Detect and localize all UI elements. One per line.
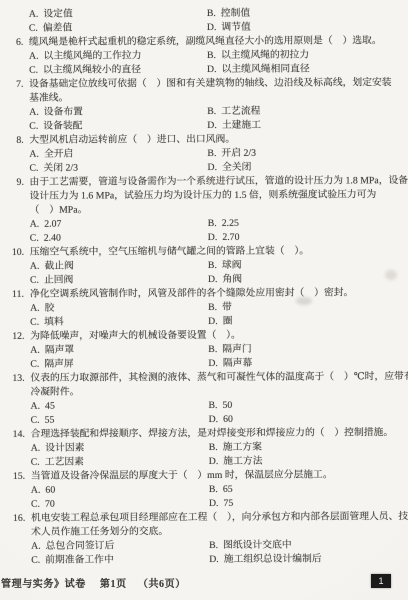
option-label: B. (209, 484, 218, 495)
option-text: 全开启 (44, 149, 73, 160)
option: C.55 (31, 413, 209, 428)
option: C.填料 (30, 315, 208, 330)
option-text: 45 (45, 401, 55, 412)
option: A.2.07 (30, 217, 208, 232)
option: D.土建施工 (207, 118, 407, 133)
question-list: A.设定值B.控制值C.偏差值D.调节值6.缆风绳是桅杆式起重机的稳定系统，副缆… (0, 6, 408, 568)
options-grid: A.截止阀B.球阀C.止回阀D.角阀 (0, 258, 408, 288)
option: D.以主缆风绳相同直径 (207, 62, 407, 77)
option-label: B. (207, 106, 216, 117)
option-label: D. (207, 120, 217, 131)
option-text: 施工方法 (223, 456, 262, 467)
option-label: B. (209, 540, 218, 551)
option-text: 圈 (223, 316, 233, 327)
option: C.2.40 (30, 231, 208, 246)
option-label: A. (30, 345, 40, 356)
question-item: 16.机电安装工程总承包项目经理部应在工程（ ），向分承包方和内部各层面管理人员… (1, 510, 408, 568)
option-label: D. (207, 22, 217, 33)
option: B.以主缆风绳的初拉力 (207, 48, 407, 63)
option: B.带 (208, 300, 408, 315)
option: C.70 (31, 497, 209, 512)
question-stem-line: 设计压力为 1.6 MPa，试验压力均为设计压力的 1.5 倍，则系统强度试验压… (0, 188, 408, 204)
footer-page-number: 第1页 (100, 579, 127, 590)
option-label: D. (209, 498, 219, 509)
option-text: 全关闭 (222, 162, 251, 173)
question-stem-line: 14.合理选择装配和焊接顺序、焊接方法，是对焊接变形和焊接应力的（ ）控制措施。 (1, 426, 408, 442)
option-label: C. (30, 317, 39, 328)
question-stem: 设备基础定位放线可依据（ ）图和有关建筑物的轴线、边沿线及标高线，划定安装 (29, 77, 392, 90)
question-stem-line: 8.大型风机启动运转前应（ ）进口、出口风阀。 (0, 132, 407, 148)
option: C.设备装配 (29, 119, 207, 134)
question-stem-line: 9.由于工艺需要，管道与设备需作为一个系统进行试压，管道的设计压力为 1.8 M… (0, 174, 408, 190)
question-stem: 当管道及设备冷保温层的厚度大于（ ）mm 时，保温层应分层施工。 (31, 469, 333, 481)
option-text: 以主缆风绳的工作拉力 (43, 50, 141, 61)
option: A.60 (31, 483, 209, 498)
option-label: C. (29, 121, 38, 132)
option: A.设计因素 (31, 441, 209, 456)
question-item: 14.合理选择装配和焊接顺序、焊接方法，是对焊接变形和焊接应力的（ ）控制措施。… (1, 426, 408, 470)
option-text: 2.07 (44, 219, 61, 230)
option-text: 设备装配 (43, 121, 82, 132)
question-item: 15.当管道及设备冷保温层的厚度大于（ ）mm 时，保温层应分层施工。A.60B… (1, 468, 408, 512)
option-text: 设计因素 (45, 443, 84, 454)
question-stem: 仪表的压力取源部件，其检测的液体、蒸气和可凝性气体的温度高于（ ）℃时，应带有 (30, 371, 408, 384)
question-stem: 缆风绳是桅杆式起重机的稳定系统，副缆风绳直径大小的选用原则是（ ）选取。 (29, 35, 382, 48)
option-label: A. (29, 9, 39, 20)
option-label: A. (31, 541, 41, 552)
question-number: 16. (13, 512, 25, 526)
question-number: 13. (12, 372, 24, 386)
question-number: 8. (16, 134, 23, 148)
question-stem: 由于工艺需要，管道与设备需作为一个系统进行试压，管道的设计压力为 1.8 MPa… (30, 175, 408, 188)
option-text: 60 (223, 414, 233, 425)
option: B.球阀 (208, 258, 408, 273)
page-number-marker: 1 (371, 574, 391, 588)
option-label: C. (31, 457, 40, 468)
options-grid: A.60B.65C.70D.75 (1, 482, 408, 512)
exam-paper-page: A.设定值B.控制值C.偏差值D.调节值6.缆风绳是桅杆式起重机的稳定系统，副缆… (0, 0, 408, 600)
option-label: A. (30, 261, 40, 272)
options-grid: A.45B.50C.55D.60 (0, 398, 408, 428)
option-text: 胶 (45, 303, 55, 314)
question-stem-line: 13.仪表的压力取源部件，其检测的液体、蒸气和可凝性气体的温度高于（ ）℃时，应… (0, 370, 408, 386)
option-text: 以主缆风绳相同直径 (222, 64, 310, 75)
question-number: 10. (12, 246, 24, 260)
option-text: 隔声幕 (223, 358, 252, 369)
option: B.隔声门 (208, 342, 408, 357)
option-text: 截止阀 (44, 261, 73, 272)
option-label: B. (208, 302, 217, 313)
option-label: C. (30, 275, 39, 286)
option-text: 施工方案 (223, 442, 262, 453)
option: D.全关闭 (207, 160, 407, 175)
option-label: B. (207, 8, 216, 19)
footer-title: 管理与实务》试卷 (1, 579, 86, 590)
option-label: C. (29, 65, 38, 76)
option-text: 设备布置 (44, 107, 83, 118)
option-text: 隔声门 (222, 344, 251, 355)
option: A.设备布置 (29, 105, 207, 120)
option: B.施工方案 (209, 440, 408, 455)
option-text: 2.25 (222, 218, 239, 229)
question-number: 12. (12, 330, 24, 344)
option-label: C. (30, 233, 39, 244)
option-label: D. (207, 64, 217, 75)
option: C.偏差值 (29, 21, 207, 36)
option: A.全开启 (29, 147, 207, 162)
option-label: A. (31, 485, 41, 496)
option: D.圈 (208, 314, 408, 329)
options-grid: A.2.07B.2.25C.2.40D.2.70 (0, 216, 408, 246)
question-stem: 净化空调系统风管制作时，风管及部件的各个缝隙处应用密封（ ）密封。 (30, 287, 353, 299)
options-grid: A.隔声罩B.隔声门C.隔声屏D.隔声幕 (0, 342, 408, 372)
option: B.2.25 (208, 216, 408, 231)
option-label: B. (207, 50, 216, 61)
question-number: 7. (16, 78, 23, 92)
option-text: 75 (223, 498, 233, 509)
option: C.关闭 2/3 (29, 161, 207, 176)
question-item: 6.缆风绳是桅杆式起重机的稳定系统，副缆风绳直径大小的选用原则是（ ）选取。A.… (0, 34, 407, 78)
option-text: 60 (45, 485, 55, 496)
options-grid: A.以主缆风绳的工作拉力B.以主缆风绳的初拉力C.以主缆风绳较小的直径D.以主缆… (0, 48, 407, 78)
question-item: 9.由于工艺需要，管道与设备需作为一个系统进行试压，管道的设计压力为 1.8 M… (0, 174, 408, 246)
option-label: D. (209, 414, 219, 425)
question-item: 8.大型风机启动运转前应（ ）进口、出口风阀。A.全开启B.开启 2/3C.关闭… (0, 132, 408, 176)
option-label: B. (208, 344, 217, 355)
option: B.开启 2/3 (207, 146, 407, 161)
question-stem-line: 12.为降低噪声，对噪声大的机械设备要设置（ ）。 (0, 328, 408, 344)
option-label: B. (207, 148, 216, 159)
option-label: C. (31, 499, 40, 510)
option-text: 角阀 (222, 274, 242, 285)
option: D.60 (209, 412, 408, 427)
option: C.前期准备工作中 (31, 553, 209, 568)
option-label: A. (29, 107, 39, 118)
option-label: B. (209, 442, 218, 453)
question-number: 11. (12, 288, 24, 302)
question-number: 6. (16, 36, 23, 50)
option-text: 控制值 (221, 8, 250, 19)
option: D.角阀 (208, 272, 408, 287)
option-text: 工艺流程 (221, 106, 260, 117)
footer-total-pages: （共6页） (138, 579, 186, 590)
option-label: D. (208, 274, 218, 285)
option: B.控制值 (207, 6, 407, 21)
question-number: 14. (13, 428, 25, 442)
option-text: 50 (222, 400, 232, 411)
option-label: C. (29, 23, 38, 34)
option: A.设定值 (29, 7, 207, 22)
option-text: 2.40 (44, 233, 61, 244)
option: D.2.70 (208, 230, 408, 245)
option-label: A. (30, 401, 40, 412)
option-label: D. (208, 232, 218, 243)
option-label: D. (208, 358, 218, 369)
option-label: C. (31, 415, 40, 426)
option-text: 工艺因素 (45, 457, 84, 468)
question-stem: 机电安装工程总承包项目经理部应在工程（ ），向分承包方和内部各层面管理人员、技 (31, 511, 408, 524)
option-text: 65 (223, 484, 233, 495)
question-number: 9. (17, 176, 24, 190)
option-label: C. (29, 163, 38, 174)
question-item: 7.设备基础定位放线可依据（ ）图和有关建筑物的轴线、边沿线及标高线，划定安装基… (0, 76, 407, 134)
option-label: B. (208, 218, 217, 229)
question-stem-line: 7.设备基础定位放线可依据（ ）图和有关建筑物的轴线、边沿线及标高线，划定安装 (0, 76, 407, 92)
option-text: 关闭 2/3 (43, 163, 78, 174)
option: B.工艺流程 (207, 104, 407, 119)
options-grid: A.全开启B.开启 2/3C.关闭 2/3D.全关闭 (0, 146, 408, 176)
option-label: A. (31, 443, 41, 454)
question-item: A.设定值B.控制值C.偏差值D.调节值 (0, 6, 407, 36)
question-number: 15. (13, 470, 25, 484)
option: D.调节值 (207, 20, 407, 35)
option-label: C. (31, 555, 40, 566)
option-label: A. (29, 51, 39, 62)
options-grid: A.设备布置B.工艺流程C.设备装配D.土建施工 (0, 104, 407, 134)
options-grid: A.设计因素B.施工方案C.工艺因素D.施工方法 (1, 440, 408, 470)
option-text: 以主缆风绳的初拉力 (221, 50, 309, 61)
option-label: B. (208, 260, 217, 271)
question-item: 12.为降低噪声，对噪声大的机械设备要设置（ ）。A.隔声罩B.隔声门C.隔声屏… (0, 328, 408, 372)
option-label: A. (30, 219, 40, 230)
option: A.隔声罩 (30, 343, 208, 358)
option: A.胶 (30, 301, 208, 316)
question-stem-line: 10.压缩空气系统中，空气压缩机与储气罐之间的管路上宜装（ ）。 (0, 244, 408, 260)
question-item: 11.净化空调系统风管制作时，风管及部件的各个缝隙处应用密封（ ）密封。A.胶B… (0, 286, 408, 330)
question-item: 10.压缩空气系统中，空气压缩机与储气罐之间的管路上宜装（ ）。A.截止阀B.球… (0, 244, 408, 288)
option-label: D. (209, 456, 219, 467)
option-label: B. (208, 400, 217, 411)
option-text: 设定值 (43, 9, 72, 20)
option-text: 止回阀 (44, 275, 73, 286)
option-label: D. (209, 554, 219, 565)
option-label: A. (30, 303, 40, 314)
option: B.50 (208, 398, 408, 413)
option-text: 球阀 (222, 260, 242, 271)
option: D.施工组织总设计编制后 (209, 552, 408, 567)
options-grid: A.设定值B.控制值C.偏差值D.调节值 (0, 6, 407, 36)
option: C.以主缆风绳较小的直径 (29, 63, 207, 78)
option: A.45 (30, 399, 208, 414)
option: C.止回阀 (30, 273, 208, 288)
question-stem-line: 11.净化空调系统风管制作时，风管及部件的各个缝隙处应用密封（ ）密封。 (0, 286, 408, 302)
question-stem-line: 15.当管道及设备冷保温层的厚度大于（ ）mm 时，保温层应分层施工。 (1, 468, 408, 484)
question-stem: 压缩空气系统中，空气压缩机与储气罐之间的管路上宜装（ ）。 (30, 246, 309, 258)
option-label: D. (208, 316, 218, 327)
option-text: 总包合同签订后 (46, 540, 115, 551)
option-text: 70 (45, 499, 55, 510)
question-stem: 为降低噪声，对噪声大的机械设备要设置（ ）。 (30, 330, 241, 342)
option-text: 调节值 (221, 22, 250, 33)
option-text: 图纸设计交底中 (223, 540, 292, 551)
question-stem: 大型风机启动运转前应（ ）进口、出口风阀。 (29, 134, 235, 146)
option-text: 土建施工 (222, 120, 261, 131)
option: A.以主缆风绳的工作拉力 (29, 49, 207, 64)
option: B.图纸设计交底中 (209, 538, 408, 553)
option-label: A. (29, 149, 39, 160)
question-item: 13.仪表的压力取源部件，其检测的液体、蒸气和可凝性气体的温度高于（ ）℃时，应… (0, 370, 408, 428)
option-text: 前期准备工作中 (45, 554, 114, 565)
question-stem: 合理选择装配和焊接顺序、焊接方法，是对焊接变形和焊接应力的（ ）控制措施。 (31, 427, 394, 440)
option-label: D. (207, 162, 217, 173)
option-text: 隔声罩 (45, 345, 74, 356)
options-grid: A.胶B.带C.填料D.圈 (0, 300, 408, 330)
option: B.65 (209, 482, 408, 497)
options-grid: A.总包合同签订后B.图纸设计交底中C.前期准备工作中D.施工组织总设计编制后 (1, 538, 408, 568)
option-text: 55 (45, 415, 55, 426)
page-footer: 管理与实务》试卷 第1页 （共6页） (1, 575, 186, 590)
option-text: 以主缆风绳较小的直径 (43, 64, 141, 75)
option-text: 填料 (44, 317, 64, 328)
question-stem-line: 6.缆风绳是桅杆式起重机的稳定系统，副缆风绳直径大小的选用原则是（ ）选取。 (0, 34, 407, 50)
option: A.总包合同签订后 (31, 539, 209, 554)
option: C.隔声屏 (30, 357, 208, 372)
option-text: 带 (222, 302, 232, 313)
option-text: 开启 2/3 (221, 148, 256, 159)
option-label: C. (30, 359, 39, 370)
option: D.隔声幕 (208, 356, 408, 371)
option-text: 隔声屏 (44, 359, 73, 370)
option-text: 施工组织总设计编制后 (224, 553, 322, 564)
option-text: 2.70 (222, 232, 239, 243)
option-text: 偏差值 (43, 23, 72, 34)
option: D.施工方法 (209, 454, 408, 469)
question-stem-line: 16.机电安装工程总承包项目经理部应在工程（ ），向分承包方和内部各层面管理人员… (1, 510, 408, 526)
option: A.截止阀 (30, 259, 208, 274)
option: C.工艺因素 (31, 455, 209, 470)
option: D.75 (209, 496, 408, 511)
